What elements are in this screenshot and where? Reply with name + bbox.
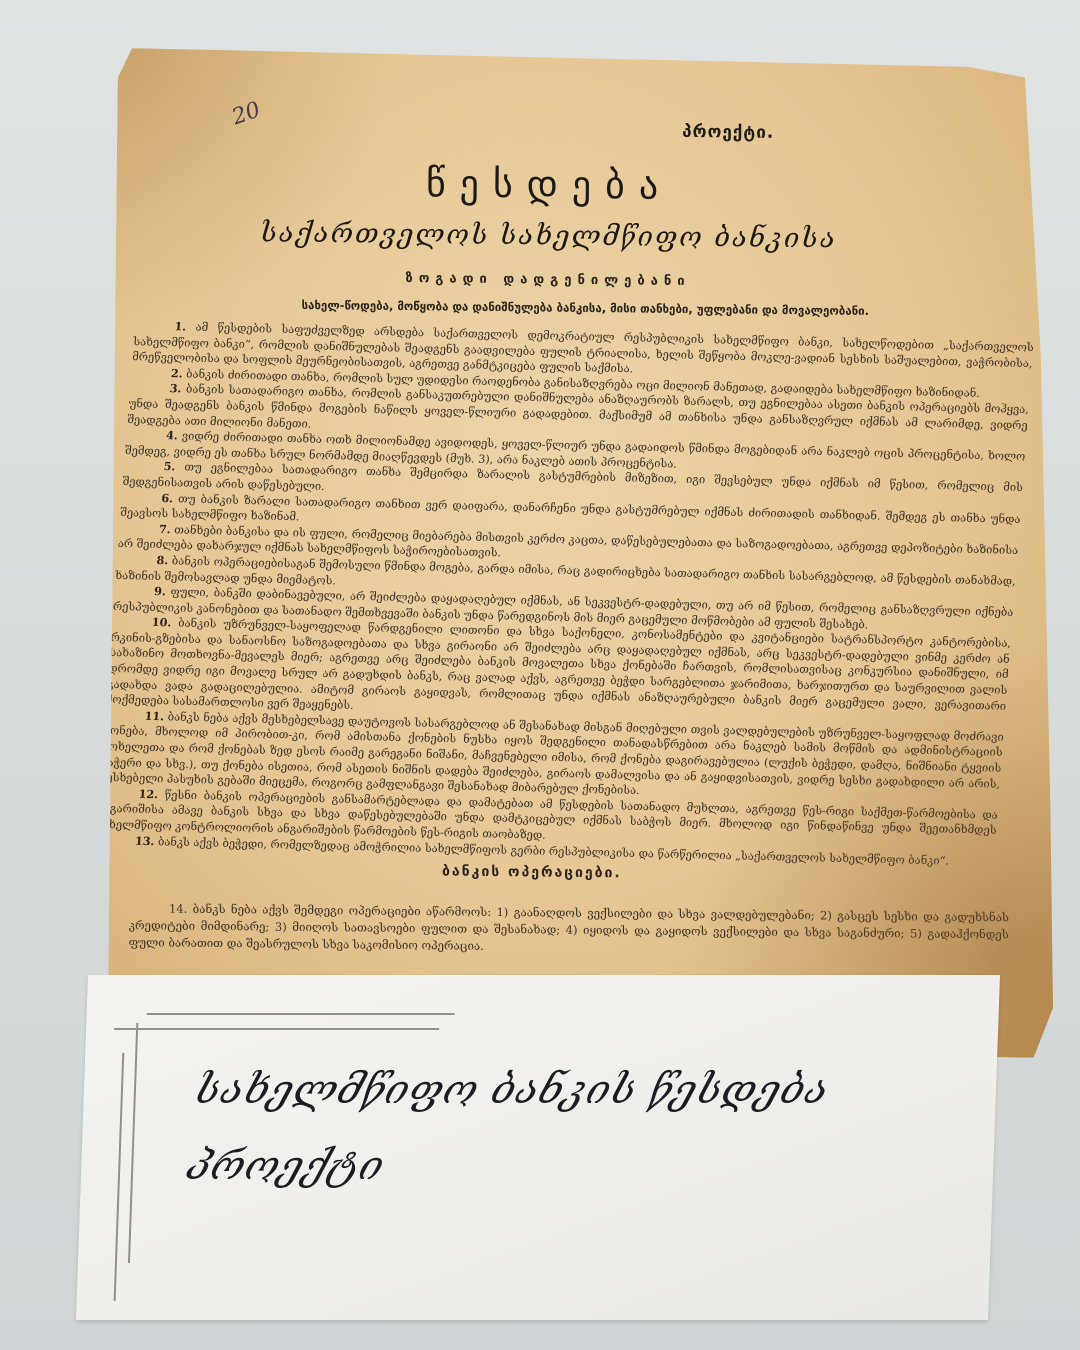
- card-rule-line: [147, 1013, 455, 1015]
- document-body: 1. ამ წესდების საფუძველზედ არსდება საქარ…: [94, 318, 1034, 870]
- operations-body: 14. ბანკს ნება აქვს შემდეგი ოპერაციები ა…: [129, 900, 1009, 960]
- draft-label: პროექტი.: [682, 122, 774, 143]
- paragraph: 14. ბანკს ნება აქვს შემდეგი ოპერაციები ა…: [129, 900, 1009, 960]
- card-rule-line: [114, 1053, 125, 1301]
- section-heading: ზოგადი დადგენილებანი: [76, 268, 1021, 293]
- handwritten-caption-line2: პროექტი: [182, 1143, 390, 1189]
- card-rule-line: [114, 1028, 439, 1030]
- historical-document-page: 20 პროექტი. წესდება საქართველოს სახელმწი…: [108, 48, 1063, 1058]
- handwritten-caption-line1: სახელმწიფო ბანკის წესდება: [190, 1067, 834, 1113]
- handwritten-page-number: 20: [229, 97, 264, 130]
- section-subheading: სახელ-წოდება, მოწყობა და დანიშნულება ბან…: [135, 296, 1035, 319]
- document-title: წესდება: [76, 158, 1021, 212]
- museum-label-card: სახელმწიფო ბანკის წესდება პროექტი: [76, 975, 1000, 1320]
- document-subtitle: საქართველოს სახელმწიფო ბანკისა: [76, 216, 1021, 257]
- card-rule-line: [128, 1023, 138, 1263]
